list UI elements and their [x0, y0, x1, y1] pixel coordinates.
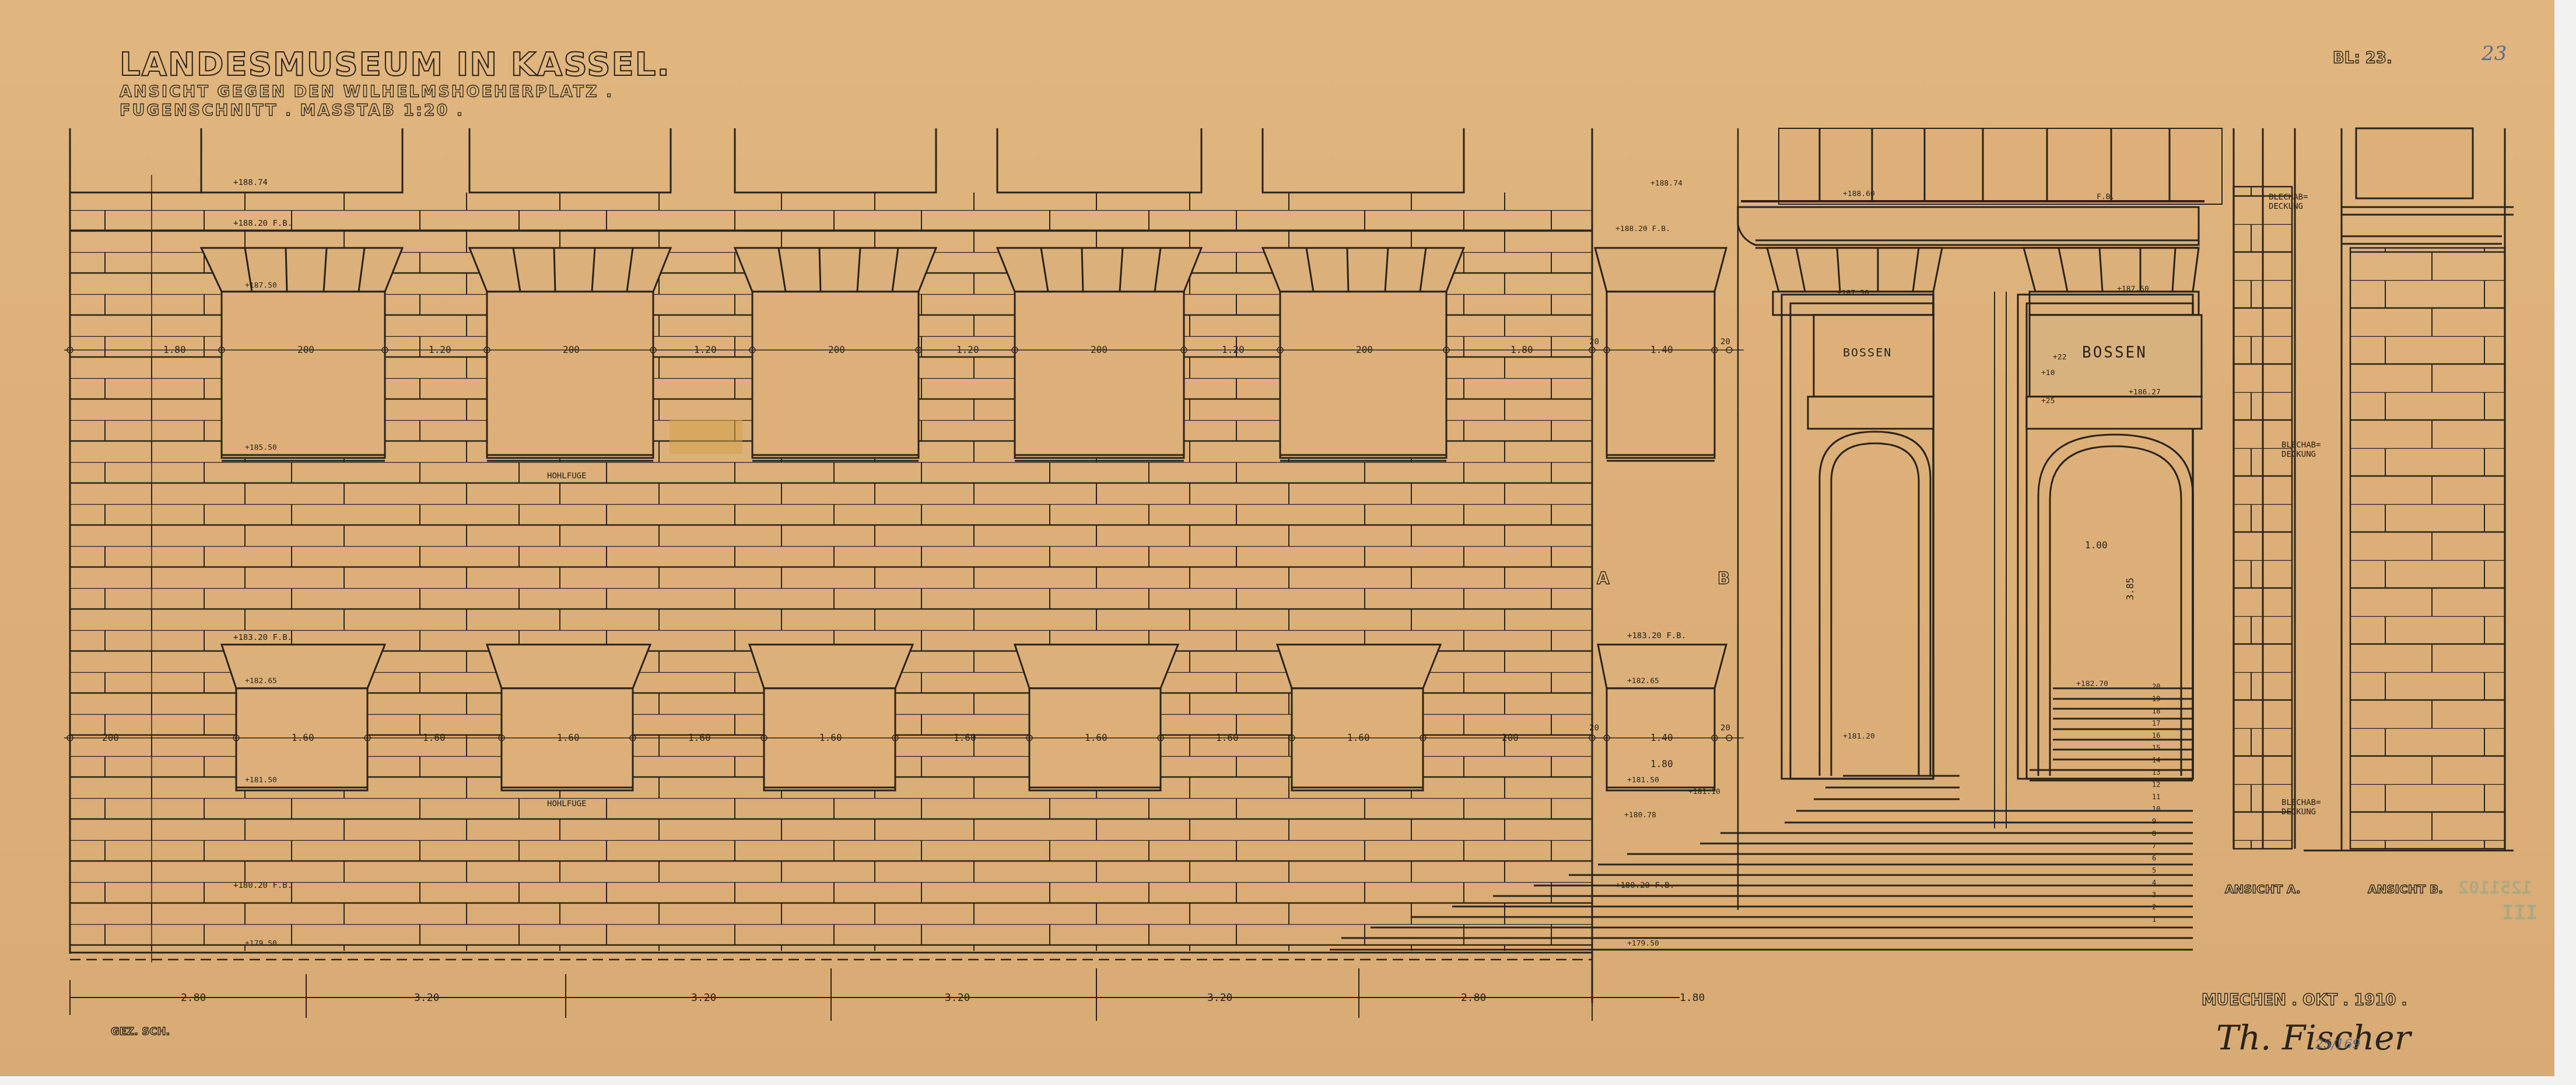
level-upper-window-head: +187.50 — [245, 281, 277, 290]
dim-lower: 200 — [102, 732, 119, 743]
lower-window — [749, 645, 913, 790]
level-parapet: +188.74 — [233, 178, 268, 187]
blechab-label-bottom: BLECHAB= DECKUNG — [2281, 798, 2316, 817]
blechab-label-mid: BLECHAB= DECKUNG — [2281, 440, 2316, 459]
tape-patch — [670, 420, 742, 454]
dim-lower: 20 — [1720, 723, 1730, 733]
level-ground: +179.50 — [245, 939, 277, 948]
dim-arch-width: 1.00 — [2085, 540, 2108, 551]
dim-bossen-offset: +22 — [2053, 353, 2066, 362]
level-lower-window-sill: +181.50 — [245, 776, 277, 785]
level-portal-cornice: +188.60 — [1843, 190, 1875, 198]
dim-upper: 20 — [1589, 337, 1599, 346]
level-door-threshold: +181.20 — [1843, 732, 1875, 741]
level-lower-window-head: +182.65 — [245, 677, 277, 685]
dim-lower: 20 — [1589, 723, 1599, 733]
lower-window — [222, 645, 385, 790]
dim-lower: 1.60 — [1347, 732, 1370, 743]
step-number: 11 — [2152, 793, 2170, 805]
dim-upper: 1.40 — [1650, 344, 1673, 355]
step-number: 10 — [2152, 805, 2170, 817]
level-terrace: +180.78 — [1624, 811, 1656, 820]
hohlfuge-label-lower: HOHLFUGE — [547, 799, 586, 808]
level-lower-fb: +183.20 F.B. — [233, 633, 292, 642]
step-number: 9 — [2152, 817, 2170, 829]
level-portal-fb-right: F.B. — [2097, 192, 2115, 201]
level-bossen-sill: +186.27 — [2129, 388, 2161, 397]
dim-lower: 1.80 — [1650, 758, 1673, 769]
step-number: 6 — [2152, 854, 2170, 866]
level-ground-fb-portal: +180.20 F.B. — [1615, 881, 1674, 890]
dim-upper: 200 — [828, 344, 845, 355]
architect-signature: Th. Fischer — [2216, 1018, 2410, 1058]
section-mark-b: B — [1718, 569, 1730, 588]
dim-upper: 1.80 — [1510, 344, 1533, 355]
drawing-subtitle: ANSICHT GEGEN DEN WILHELMSHOEHERPLATZ . — [120, 83, 614, 101]
level-upper-window-sill: +185.50 — [245, 443, 277, 452]
axis-dim: 1.80 — [1680, 992, 1705, 1004]
dim-lower: 1.60 — [1216, 732, 1239, 743]
dim-upper: 1.20 — [1222, 344, 1245, 355]
sheet-number: BL: 23. — [2333, 50, 2392, 67]
dim-upper: 200 — [1356, 344, 1373, 355]
level-portal-lintel: +187.50 — [1837, 289, 1869, 297]
level-portal-parapet: +188.74 — [1650, 179, 1683, 188]
drawn-by: GEZ. SCH. — [111, 1025, 170, 1038]
axis-dim: 3.20 — [691, 992, 716, 1004]
bossen-label-left: BOSSEN — [1843, 345, 1892, 359]
stair-numbers: 20 19 18 17 16 15 14 13 12 11 10 9 8 7 6… — [2152, 682, 2170, 928]
step-number: 12 — [2152, 780, 2170, 793]
step-number: 14 — [2152, 756, 2170, 768]
dim-upper: 200 — [1091, 344, 1107, 355]
bossen-label-right: BOSSEN — [2082, 344, 2147, 362]
axis-dim: 2.80 — [1461, 992, 1486, 1004]
step-number: 15 — [2152, 744, 2170, 756]
lower-window — [1015, 645, 1178, 790]
section-mark-a: A — [1597, 569, 1610, 588]
dim-upper: 200 — [297, 344, 314, 355]
view-a-label: ANSICHT A. — [2225, 882, 2301, 896]
level-landing: +181.10 — [1688, 787, 1720, 796]
dim-lower: 1.60 — [954, 732, 976, 743]
level-ground-portal: +179.50 — [1627, 939, 1659, 948]
step-number: 5 — [2152, 866, 2170, 878]
dim-lower: 1.60 — [819, 732, 842, 743]
step-number: 4 — [2152, 878, 2170, 891]
archive-number: 25/169 — [2315, 1037, 2360, 1052]
step-number: 3 — [2152, 891, 2170, 903]
step-number: 18 — [2152, 707, 2170, 719]
level-lower-fb-portal: +183.20 F.B. — [1627, 631, 1686, 640]
dim-bossen-offset: +25 — [2041, 397, 2055, 405]
lower-window — [1277, 645, 1441, 790]
dim-lower: 1.40 — [1650, 732, 1673, 743]
axis-dim: 3.20 — [414, 992, 439, 1004]
level-portal-fb: +188.20 F.B. — [1615, 225, 1670, 233]
level-upper-fb: +188.20 F.B. — [233, 219, 292, 228]
step-number: 2 — [2152, 903, 2170, 915]
level-ground-fb: +180.20 F.B. — [233, 881, 292, 890]
level-lower-window-sill-portal: +181.50 — [1627, 776, 1659, 785]
view-b-label: ANSICHT B. — [2368, 882, 2443, 896]
step-number: 17 — [2152, 719, 2170, 731]
archive-stamp-number: 1251102 — [2458, 878, 2532, 898]
archive-stamp-mark: III — [2502, 901, 2538, 925]
step-number: 20 — [2152, 682, 2170, 695]
axis-dim: 2.80 — [181, 992, 206, 1004]
side-view-b — [2304, 128, 2514, 850]
step-number: 7 — [2152, 842, 2170, 854]
dim-upper: 1.20 — [956, 344, 979, 355]
dim-lower: 1.60 — [1085, 732, 1107, 743]
dim-lower: 1.60 — [423, 732, 446, 743]
dim-lower: 1.60 — [557, 732, 580, 743]
lower-window — [487, 645, 650, 790]
hohlfuge-label-upper: HOHLFUGE — [547, 471, 586, 481]
step-number: 16 — [2152, 731, 2170, 744]
dim-upper: 20 — [1720, 337, 1730, 346]
step-number: 19 — [2152, 695, 2170, 707]
pencil-sheet-number: 23 — [2482, 42, 2507, 65]
dim-bossen-offset: +10 — [2041, 369, 2055, 377]
elevation-drawing — [0, 0, 2576, 1085]
drawing-sheet: LANDESMUSEUM IN KASSEL. ANSICHT GEGEN DE… — [0, 0, 2576, 1085]
dim-lower: 1.60 — [688, 732, 711, 743]
dim-lower: 1.60 — [292, 732, 314, 743]
dim-upper: 1.20 — [694, 344, 717, 355]
dim-upper: 1.80 — [163, 344, 186, 355]
drawing-title: LANDESMUSEUM IN KASSEL. — [120, 45, 671, 83]
blechab-label-top: BLECHAB= DECKUNG — [2269, 192, 2304, 211]
dim-upper: 1.20 — [429, 344, 451, 355]
bottom-axis — [70, 968, 1680, 1021]
step-number: 1 — [2152, 915, 2170, 928]
level-portal-lintel-right: +187.50 — [2117, 285, 2149, 293]
axis-dim: 3.20 — [1207, 992, 1232, 1004]
level-lower-window-head-portal: +182.65 — [1627, 677, 1659, 685]
place-date: MUECHEN . OKT . 1910 . — [2202, 992, 2407, 1009]
axis-dim: 3.20 — [945, 992, 970, 1004]
step-number: 13 — [2152, 768, 2170, 780]
portal — [1738, 128, 2222, 828]
side-view-a — [2234, 128, 2295, 849]
dim-arch-height: 3.85 — [2125, 577, 2136, 600]
dim-upper: 200 — [563, 344, 580, 355]
level-stair-top: +182.70 — [2076, 680, 2108, 688]
step-number: 8 — [2152, 829, 2170, 842]
drawing-scale-line: FUGENSCHNITT . MASSTAB 1:20 . — [120, 101, 464, 120]
dim-lower: 200 — [1502, 732, 1519, 743]
